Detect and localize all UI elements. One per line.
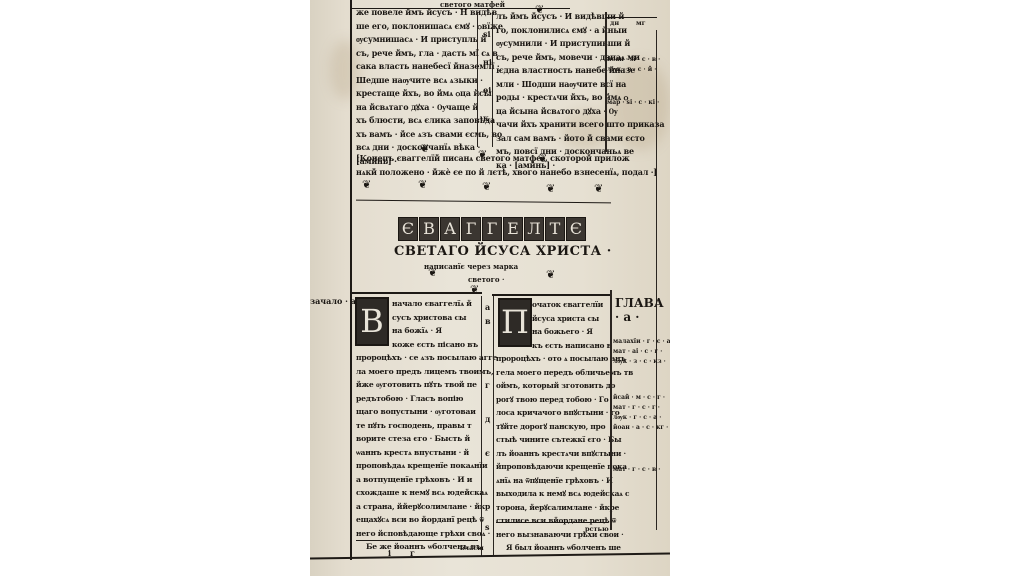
ref-entry: йоан · ѕі · с · в · — [607, 55, 660, 65]
column-rule — [492, 12, 493, 147]
section-rule — [352, 292, 482, 294]
title-subtitle: СВЕТАГО ЙСУСА ХРИСТА · — [394, 244, 612, 259]
main-title: Є В А Г Г Е Л Т Є — [398, 217, 586, 241]
ref-header-day: дн — [610, 18, 619, 28]
rule — [496, 522, 608, 523]
manuscript-page: светого матфей ❦ же повеле ймъ йсусъ · Н… — [310, 0, 670, 576]
title-letter: А — [440, 217, 460, 241]
mark-left-column: начало єваггелїѧ й сусъ христова сы на б… — [356, 297, 480, 554]
zachalo-label: зачало · а · — [310, 296, 361, 306]
page-frame-left — [350, 0, 352, 560]
page-bottom-rule — [310, 552, 670, 559]
section-rule — [492, 294, 612, 296]
ornament-icon: ❦ — [428, 266, 437, 279]
title-letter: Є — [398, 217, 418, 241]
catchword: рстью — [585, 524, 609, 534]
column-rule — [493, 296, 494, 556]
top-margin-numerals: ѕі ні ѳі к — [483, 20, 492, 132]
rule — [356, 540, 478, 541]
colophon: [Конецъ єваггелїй писанѧ светого матфеѧ,… — [356, 152, 657, 179]
title-letter: Л — [524, 217, 544, 241]
title-rule — [356, 200, 611, 204]
title-letter: В — [419, 217, 439, 241]
ornament-icon: ❦ — [594, 182, 603, 195]
column-rule — [477, 12, 478, 147]
bottom-margin-numerals: а в г д є ѕ — [485, 300, 491, 534]
ref-entry: мар · ѕі · с · кі · — [607, 98, 659, 108]
ornament-icon: ❦ — [482, 180, 491, 193]
title-letter: Є — [566, 217, 586, 241]
top-left-column: же повеле ймъ йсусъ · Н видѣв ше его, по… — [356, 6, 481, 168]
mark-right-column: очаток єваггелїи йсуса христа сы на божь… — [496, 298, 611, 555]
ref-header-month: мг — [636, 18, 646, 28]
column-rule — [481, 296, 482, 556]
chapter-heading: ГЛАВА · а · — [615, 296, 670, 324]
ref-entry: лѹк · в · с · й · — [607, 65, 656, 75]
ref-column-bottom: йсай · м · с · г · мат · г · с · г · лѹк… — [613, 393, 668, 433]
ref-entry: мат · г · с · в · — [613, 465, 660, 475]
title-letter: Г — [482, 217, 502, 241]
ornament-icon: ❦ — [546, 182, 555, 195]
ornament-icon: ❦ — [470, 283, 479, 296]
column-rule — [605, 12, 607, 152]
top-right-column: лъ ймъ йсусъ · И видѣвши й го, поклонили… — [496, 10, 606, 172]
title-line2: написанїє через марка — [424, 262, 518, 271]
ref-column-bottom: малахїи · г · с · а · мат · аі · с · г ·… — [613, 337, 670, 367]
ornament-icon: ❦ — [546, 268, 555, 281]
title-letter: Г — [461, 217, 481, 241]
title-letter: Е — [503, 217, 523, 241]
ornament-icon: ❦ — [418, 178, 427, 191]
ornament-icon: ❦ — [362, 178, 371, 191]
title-letter: Т — [545, 217, 565, 241]
column-rule — [610, 290, 612, 530]
